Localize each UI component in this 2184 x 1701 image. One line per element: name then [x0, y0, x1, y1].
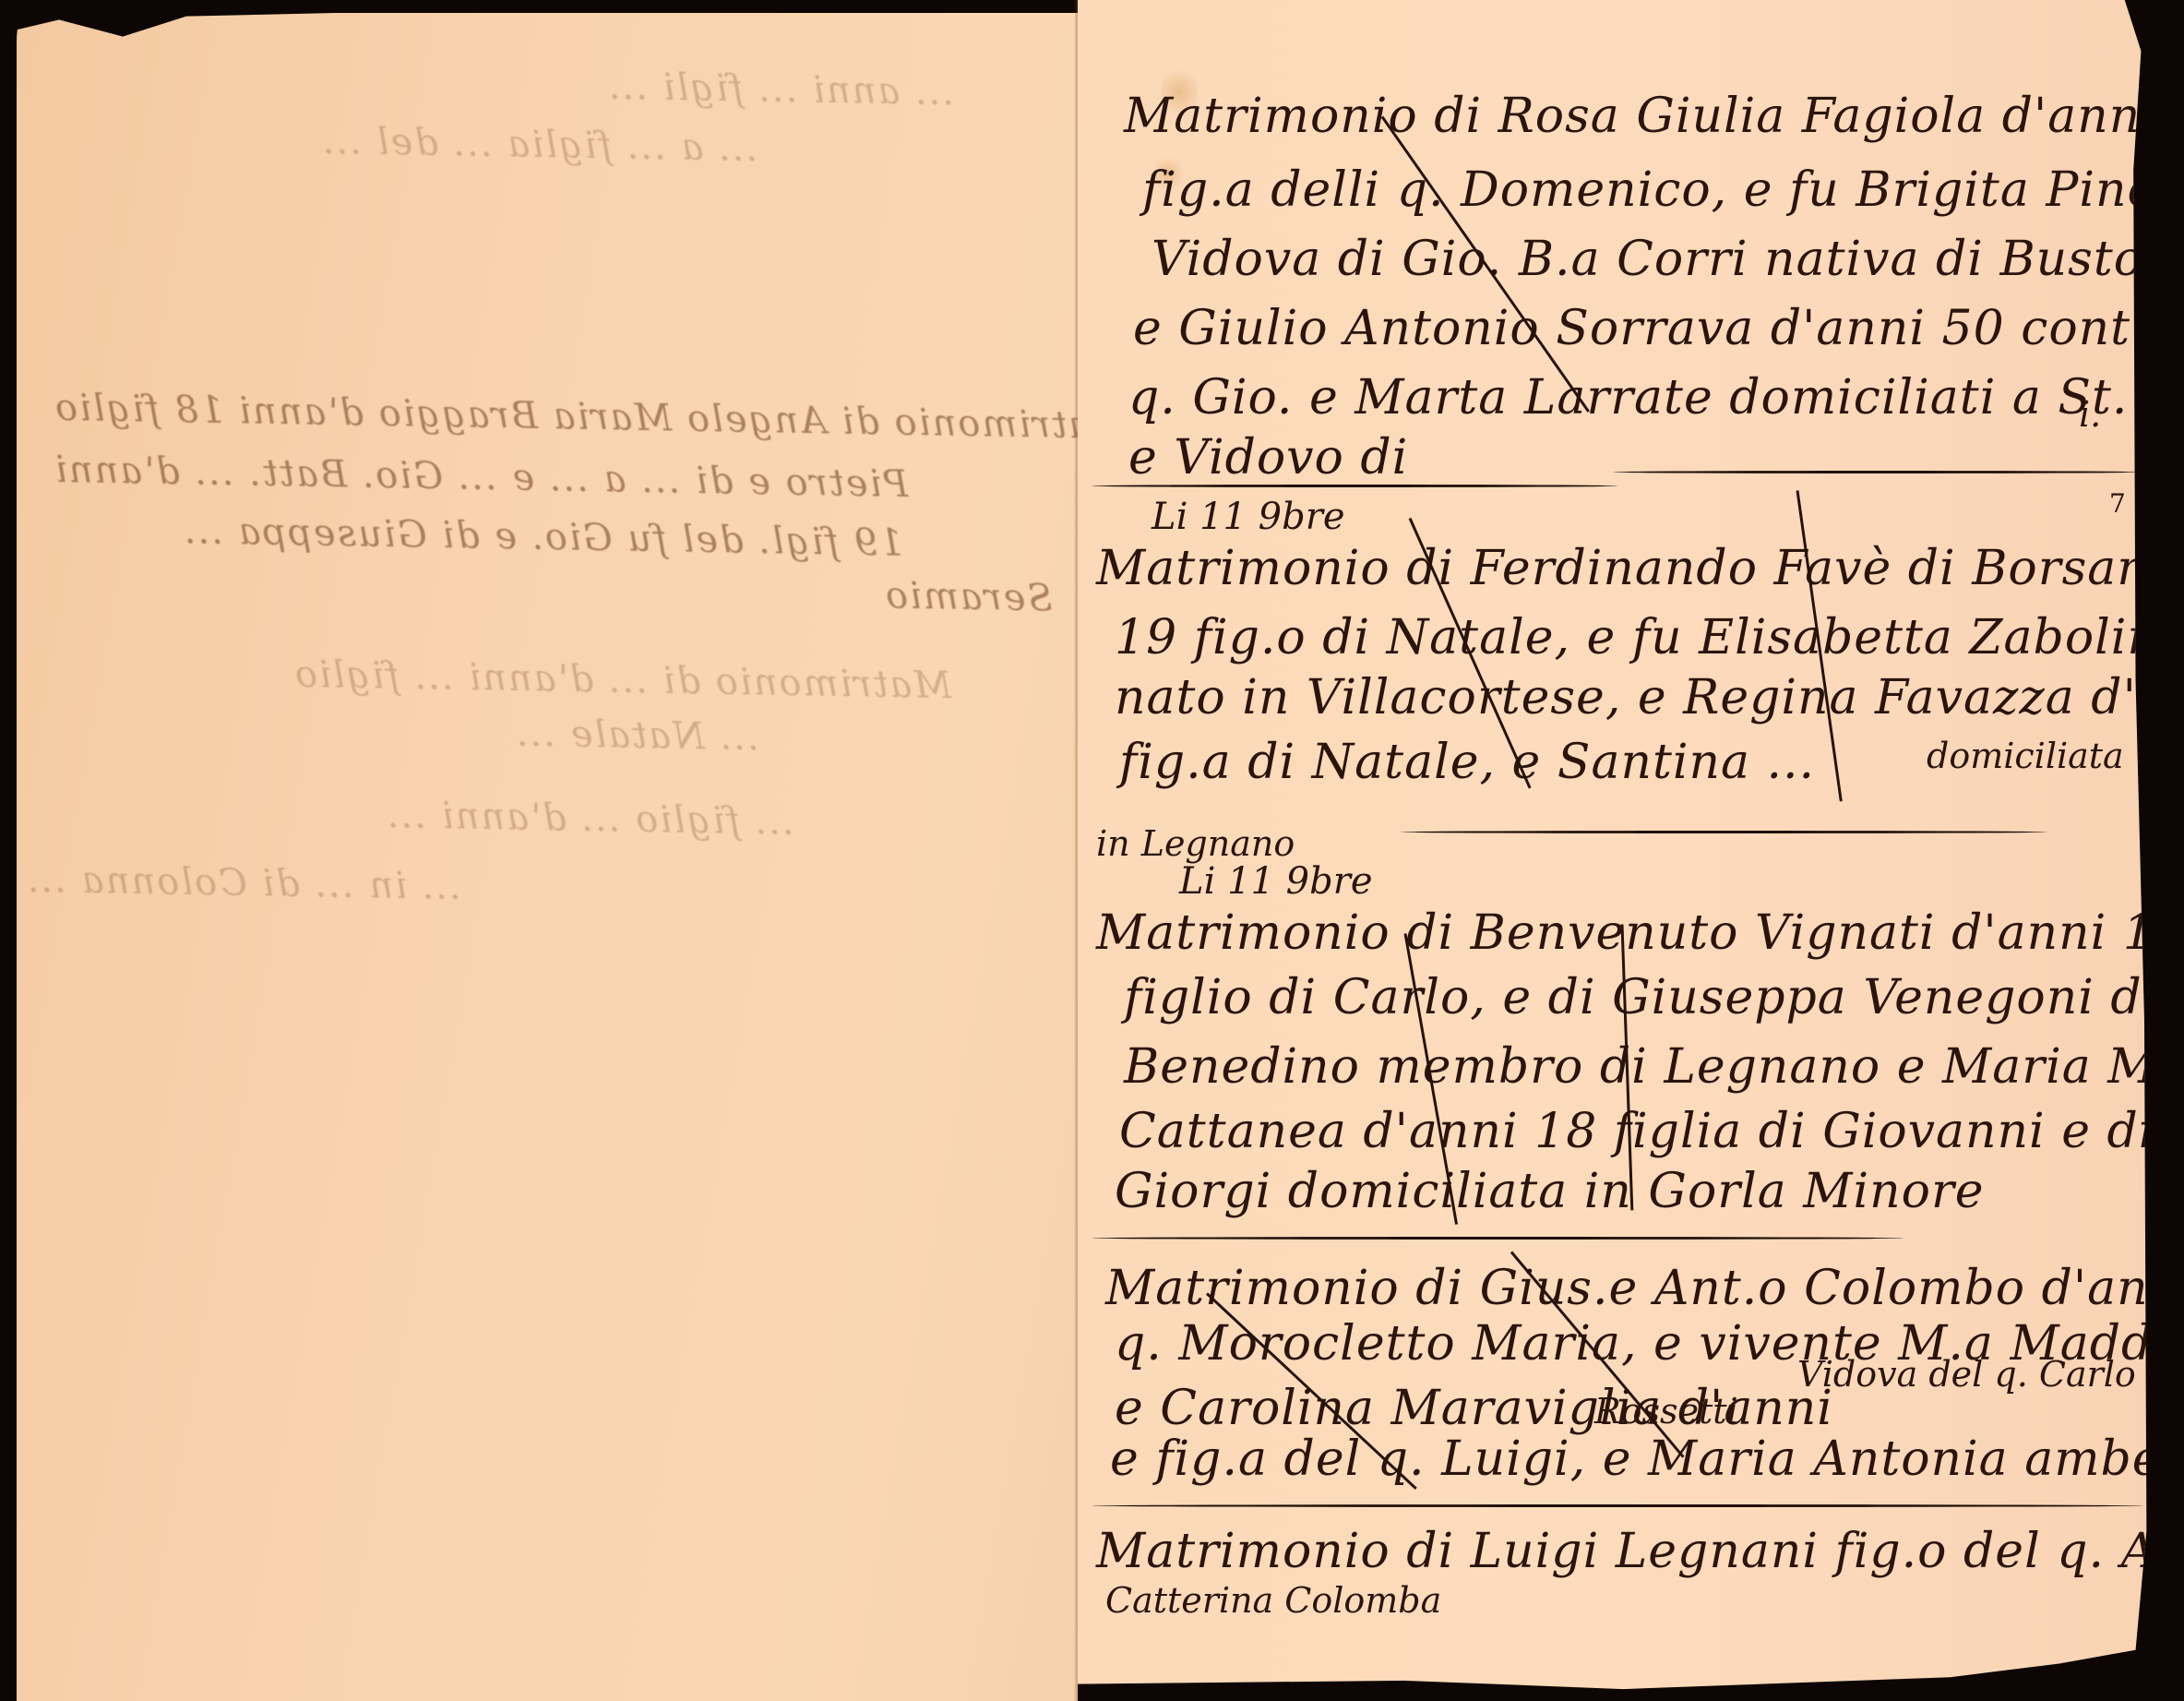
- entry-1-line-6: e Vidovo di: [1128, 434, 1408, 482]
- entry-divider: [1613, 471, 2139, 473]
- entry-3-line-2: figlio di Carlo, e di Giuseppa Venegoni …: [1124, 974, 2184, 1022]
- entry-2-date: Li 11 9bre: [1152, 498, 1345, 535]
- entry-4-line-1: Matrimonio di Gius.e Ant.o Colombo d'ann…: [1105, 1264, 2184, 1312]
- entry-2-line-1: Matrimonio di Ferdinando Favè di Borsano…: [1096, 545, 2184, 593]
- page-number: 7: [2109, 491, 2126, 517]
- entry-1-line-5: q. Gio. e Marta Larrate domiciliati a St…: [1128, 374, 2184, 422]
- entry-2-line-4: fig.a di Natale, e Santina ...: [1119, 738, 1815, 786]
- bleed-line: 19 figl. del fu Gio. e di Giuseppa ...: [183, 509, 903, 565]
- entry-1-line-2: fig.a delli q. Domenico, e fu Brigita Pi…: [1142, 166, 2184, 214]
- bleed-line: Matrimonio di ... d'anni ... figlio: [293, 653, 952, 707]
- entry-4-interlinear-2: Rossetti: [1594, 1394, 1738, 1429]
- bleed-line: ... a ... figlia ... del ...: [321, 120, 758, 170]
- entry-1-line-1: Matrimonio di Rosa Giulia Fagiola d'anni…: [1124, 92, 2184, 140]
- entry-4-interlinear-1: Vidova del q. Carlo: [1797, 1357, 2136, 1392]
- entry-3-line-4: Cattanea d'anni 18 figlia di Giovanni e …: [1119, 1108, 2184, 1156]
- entry-5-line-1: Matrimonio di Luigi Legnani fig.o del q.…: [1096, 1527, 2184, 1575]
- entry-3-date: Li 11 9bre: [1179, 863, 1373, 900]
- right-page: Matrimonio di Rosa Giulia Fagiola d'anni…: [1078, 0, 2168, 1701]
- entry-divider: [1092, 485, 1617, 487]
- entry-divider: [1092, 1237, 1904, 1240]
- entry-3-line-1: Matrimonio di Benvenuto Vignati d'anni 1…: [1096, 909, 2184, 957]
- entry-divider: [1092, 1504, 2143, 1507]
- entry-2-line-5: in Legnano: [1096, 826, 1295, 861]
- corner-mark: i.: [2079, 397, 2101, 432]
- bleed-line: Pietro e di ... a ... e ... Gio. Batt. .…: [54, 449, 909, 506]
- entry-divider: [1401, 831, 2047, 833]
- entry-1-line-4: e Giulio Antonio Sorrava d'anni 50 cont.…: [1133, 305, 2184, 353]
- entry-3-line-3: Benedino membro di Legnano e Maria Madda…: [1124, 1043, 2184, 1091]
- entry-3-line-5: Giorgi domiciliata in Gorla Minore: [1115, 1168, 1985, 1216]
- bleed-line: ... in ... di Colonna ...: [26, 858, 462, 908]
- entry-4-line-4: e fig.a del q. Luigi, e Maria Antonia am…: [1110, 1435, 2184, 1483]
- entry-2-line-2: 19 fig.o di Natale, e fu Elisabetta Zabo…: [1115, 614, 2184, 662]
- bleed-line: ... anni ... figli ...: [607, 66, 955, 114]
- entry-1-line-3: Vidova di Gio. B.a Corri nativa di Busto…: [1152, 235, 2184, 283]
- bleed-line: ... Natale ...: [515, 713, 760, 760]
- bleed-line: Seramio: [884, 574, 1054, 619]
- entry-2-line-3: nato in Villacortese, e Regina Favazza d…: [1115, 674, 2184, 722]
- manuscript-spread: ... anni ... figli ... ... a ... figlia …: [0, 0, 2184, 1701]
- bleed-line: ... figlio ... d'anni ...: [386, 794, 795, 844]
- left-page: ... anni ... figli ... ... a ... figlia …: [17, 13, 1078, 1701]
- bleed-line: Matrimonio di Angelo Maria Braggio d'ann…: [54, 387, 1131, 448]
- entry-5-line-2: Catterina Colomba: [1105, 1583, 1441, 1618]
- entry-2-margin-note: domiciliata: [1927, 738, 2124, 773]
